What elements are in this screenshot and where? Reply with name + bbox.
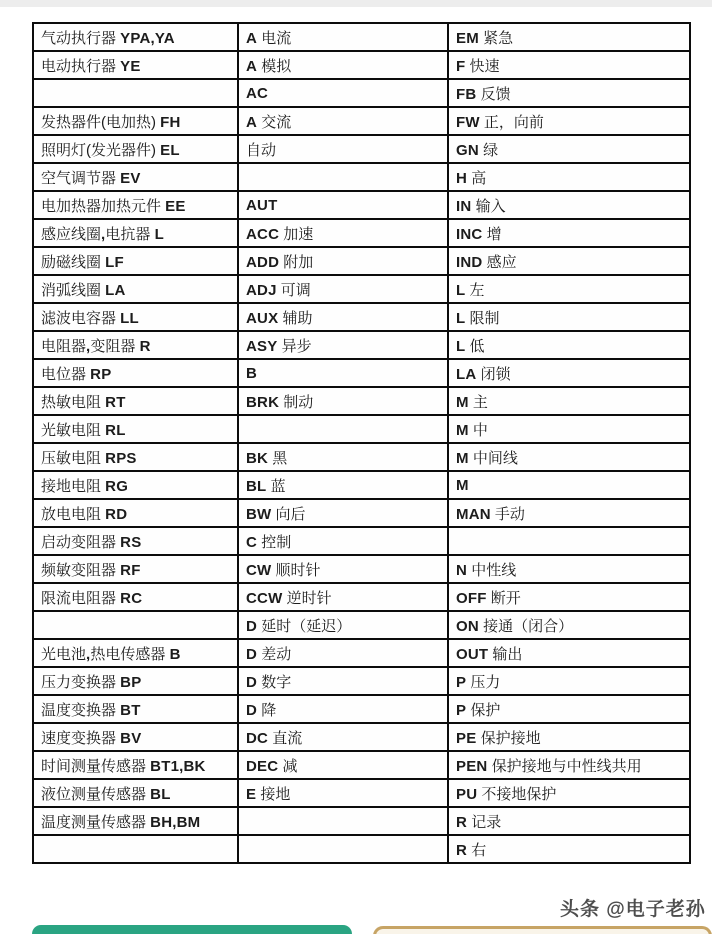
- abbrev-code: ADJ: [246, 282, 277, 299]
- table-cell: N 中性线: [448, 555, 690, 583]
- abbrev-code: BRK: [246, 394, 279, 411]
- abbrev-code: FH: [160, 114, 180, 131]
- table-cell: INC 增: [448, 219, 690, 247]
- abbrev-code: D: [246, 646, 257, 663]
- table-cell: 发热器件(电加热) FH: [33, 107, 238, 135]
- abbrev-code: CCW: [246, 590, 282, 607]
- abbrev-code: BT1,BK: [150, 758, 205, 775]
- abbrev-code: RL: [105, 422, 125, 439]
- table-row: 接地电阻 RGBL 蓝M: [33, 471, 690, 499]
- abbrev-code: BP: [120, 674, 141, 691]
- abbrev-code: YPA,YA: [120, 30, 175, 47]
- abbrev-code: BL: [150, 786, 170, 803]
- table-cell: BRK 制动: [238, 387, 448, 415]
- table-cell: [238, 415, 448, 443]
- abbrev-code: IN: [456, 198, 471, 215]
- table-cell: MAN 手动: [448, 499, 690, 527]
- abbrev-code: RS: [120, 534, 141, 551]
- table-row: 电位器 RPBLA 闭锁: [33, 359, 690, 387]
- table-cell: 启动变阻器 RS: [33, 527, 238, 555]
- abbrev-code: RF: [120, 562, 140, 579]
- table-row: 电阻器,变阻器 RASY 异步L 低: [33, 331, 690, 359]
- table-cell: 时间测量传感器 BT1,BK: [33, 751, 238, 779]
- abbrev-code: BK: [246, 450, 268, 467]
- table-cell: F 快速: [448, 51, 690, 79]
- table-cell: R 右: [448, 835, 690, 863]
- abbrev-code: PE: [456, 730, 476, 747]
- abbrev-code: P: [456, 702, 466, 719]
- table-cell: CCW 逆时针: [238, 583, 448, 611]
- abbrev-code: L: [456, 282, 465, 299]
- table-row: 滤波电容器 LLAUX 辅助L 限制: [33, 303, 690, 331]
- abbrev-code: EE: [165, 198, 185, 215]
- abbrev-code: OFF: [456, 590, 487, 607]
- abbrev-code: L: [456, 338, 465, 355]
- table-cell: 电加热器加热元件 EE: [33, 191, 238, 219]
- table-cell: M 主: [448, 387, 690, 415]
- abbrev-code: ,: [86, 338, 90, 355]
- table-cell: 压敏电阻 RPS: [33, 443, 238, 471]
- table-cell: FB 反馈: [448, 79, 690, 107]
- table-cell: [238, 807, 448, 835]
- abbrev-code: ASY: [246, 338, 277, 355]
- table-cell: PE 保护接地: [448, 723, 690, 751]
- abbrev-code: R: [140, 338, 151, 355]
- table-row: ACFB 反馈: [33, 79, 690, 107]
- abbrev-code: BH,BM: [150, 814, 200, 831]
- abbrev-code: H: [456, 170, 467, 187]
- table-cell: 温度变换器 BT: [33, 695, 238, 723]
- table-cell: ADJ 可调: [238, 275, 448, 303]
- page-top-strip: [0, 0, 712, 7]
- abbrev-code: LA: [456, 366, 476, 383]
- table-cell: CW 顺时针: [238, 555, 448, 583]
- table-cell: [33, 611, 238, 639]
- table-row: 电加热器加热元件 EEAUTIN 输入: [33, 191, 690, 219]
- abbrev-code: N: [456, 562, 467, 579]
- table-cell: BK 黑: [238, 443, 448, 471]
- abbrev-code: BT: [120, 702, 140, 719]
- table-cell: D 延时（延迟）: [238, 611, 448, 639]
- table-cell: [238, 163, 448, 191]
- bottom-card-teal[interactable]: [32, 925, 352, 934]
- table-row: 发热器件(电加热) FHA 交流FW 正，向前: [33, 107, 690, 135]
- table-cell: AUT: [238, 191, 448, 219]
- table-row: 电动执行器 YEA 模拟F 快速: [33, 51, 690, 79]
- table-row: 频敏变阻器 RFCW 顺时针N 中性线: [33, 555, 690, 583]
- abbrev-code: INC: [456, 226, 482, 243]
- abbrev-code: LF: [105, 254, 124, 271]
- abbrev-code: E: [246, 786, 256, 803]
- table-cell: R 记录: [448, 807, 690, 835]
- abbrev-code: GN: [456, 142, 479, 159]
- abbrev-code: R: [456, 814, 467, 831]
- abbrev-code: RP: [90, 366, 111, 383]
- table-cell: 接地电阻 RG: [33, 471, 238, 499]
- table-cell: 电阻器,变阻器 R: [33, 331, 238, 359]
- table-cell: L 低: [448, 331, 690, 359]
- table-row: 消弧线圈 LAADJ 可调L 左: [33, 275, 690, 303]
- table-row: 励磁线圈 LFADD 附加IND 感应: [33, 247, 690, 275]
- table-cell: 光敏电阻 RL: [33, 415, 238, 443]
- table-cell: D 数字: [238, 667, 448, 695]
- abbrev-code: AUX: [246, 310, 278, 327]
- table-cell: GN 绿: [448, 135, 690, 163]
- table-cell: 限流电阻器 RC: [33, 583, 238, 611]
- abbrev-code: MAN: [456, 506, 491, 523]
- table-cell: 感应线圈,电抗器 L: [33, 219, 238, 247]
- table-cell: LA 闭锁: [448, 359, 690, 387]
- table-row: 温度变换器 BTD 降P 保护: [33, 695, 690, 723]
- abbrev-code: DC: [246, 730, 268, 747]
- abbrev-code: ACC: [246, 226, 279, 243]
- table-cell: ADD 附加: [238, 247, 448, 275]
- abbreviation-table: 气动执行器 YPA,YAA 电流EM 紧急电动执行器 YEA 模拟F 快速ACF…: [32, 22, 691, 864]
- abbrev-code: P: [456, 674, 466, 691]
- table-cell: IN 输入: [448, 191, 690, 219]
- table-cell: M 中: [448, 415, 690, 443]
- abbrev-code: B: [170, 646, 181, 663]
- table-cell: 液位测量传感器 BL: [33, 779, 238, 807]
- table-cell: OFF 断开: [448, 583, 690, 611]
- abbrev-code: IND: [456, 254, 482, 271]
- abbrev-code: BV: [120, 730, 141, 747]
- abbrev-code: L: [155, 226, 164, 243]
- table-cell: M 中间线: [448, 443, 690, 471]
- table-cell: BL 蓝: [238, 471, 448, 499]
- abbrev-code: LL: [120, 310, 139, 327]
- table-row: 热敏电阻 RTBRK 制动M 主: [33, 387, 690, 415]
- table-cell: L 限制: [448, 303, 690, 331]
- table-cell: 热敏电阻 RT: [33, 387, 238, 415]
- table-row: R 右: [33, 835, 690, 863]
- abbrev-code: ,: [86, 646, 90, 663]
- table-row: 压敏电阻 RPSBK 黑M 中间线: [33, 443, 690, 471]
- abbrev-code: A: [246, 58, 257, 75]
- abbrev-code: C: [246, 534, 257, 551]
- table-cell: [448, 527, 690, 555]
- table-cell: ASY 异步: [238, 331, 448, 359]
- abbrev-code: FW: [456, 114, 480, 131]
- table-cell: 速度变换器 BV: [33, 723, 238, 751]
- table-cell: A 电流: [238, 23, 448, 51]
- table-row: 温度测量传感器 BH,BMR 记录: [33, 807, 690, 835]
- abbrev-code: PEN: [456, 758, 487, 775]
- abbreviation-table-container: 气动执行器 YPA,YAA 电流EM 紧急电动执行器 YEA 模拟F 快速ACF…: [32, 22, 691, 919]
- table-cell: ON 接通（闭合）: [448, 611, 690, 639]
- abbrev-code: L: [456, 310, 465, 327]
- table-row: 限流电阻器 RCCCW 逆时针OFF 断开: [33, 583, 690, 611]
- table-row: 光电池,热电传感器 BD 差动OUT 输出: [33, 639, 690, 667]
- table-cell: AUX 辅助: [238, 303, 448, 331]
- table-cell: DC 直流: [238, 723, 448, 751]
- table-cell: PEN 保护接地与中性线共用: [448, 751, 690, 779]
- table-row: 启动变阻器 RSC 控制: [33, 527, 690, 555]
- table-row: 放电电阻 RDBW 向后MAN 手动: [33, 499, 690, 527]
- abbrev-code: M: [456, 394, 469, 411]
- table-row: 感应线圈,电抗器 LACC 加速INC 增: [33, 219, 690, 247]
- abbrev-code: RPS: [105, 450, 136, 467]
- table-cell: DEC 减: [238, 751, 448, 779]
- table-row: 速度变换器 BVDC 直流PE 保护接地: [33, 723, 690, 751]
- abbrev-code: R: [456, 842, 467, 859]
- table-cell: OUT 输出: [448, 639, 690, 667]
- abbrev-code: ON: [456, 618, 479, 635]
- table-row: 液位测量传感器 BLE 接地PU 不接地保护: [33, 779, 690, 807]
- table-row: 空气调节器 EVH 高: [33, 163, 690, 191]
- table-cell: 压力变换器 BP: [33, 667, 238, 695]
- bottom-card-tan[interactable]: [373, 926, 712, 934]
- table-cell: 滤波电容器 LL: [33, 303, 238, 331]
- table-cell: C 控制: [238, 527, 448, 555]
- abbrev-code: F: [456, 58, 465, 75]
- abbrev-code: RG: [105, 478, 128, 495]
- table-cell: 空气调节器 EV: [33, 163, 238, 191]
- table-cell: D 降: [238, 695, 448, 723]
- abbrev-code: CW: [246, 562, 271, 579]
- table-row: 照明灯(发光器件) EL自动GN 绿: [33, 135, 690, 163]
- abbrev-code: RD: [105, 506, 127, 523]
- abbrev-code: A: [246, 114, 257, 131]
- table-row: 压力变换器 BPD 数字P 压力: [33, 667, 690, 695]
- table-cell: EM 紧急: [448, 23, 690, 51]
- table-cell: 温度测量传感器 BH,BM: [33, 807, 238, 835]
- abbrev-code: BL: [246, 478, 266, 495]
- table-cell: L 左: [448, 275, 690, 303]
- abbrev-code: PU: [456, 786, 477, 803]
- abbrev-code: RT: [105, 394, 125, 411]
- abbrev-code: ADD: [246, 254, 279, 271]
- abbrev-code: M: [456, 450, 469, 467]
- table-row: 气动执行器 YPA,YAA 电流EM 紧急: [33, 23, 690, 51]
- table-row: 光敏电阻 RLM 中: [33, 415, 690, 443]
- table-cell: 自动: [238, 135, 448, 163]
- abbrev-code: BW: [246, 506, 271, 523]
- table-cell: 消弧线圈 LA: [33, 275, 238, 303]
- table-cell: PU 不接地保护: [448, 779, 690, 807]
- table-cell: 电动执行器 YE: [33, 51, 238, 79]
- abbrev-code: OUT: [456, 646, 488, 663]
- table-cell: 励磁线圈 LF: [33, 247, 238, 275]
- abbrev-code: FB: [456, 86, 476, 103]
- abbrev-code: YE: [120, 58, 140, 75]
- abbrev-code: D: [246, 674, 257, 691]
- table-cell: P 保护: [448, 695, 690, 723]
- abbrev-code: A: [246, 30, 257, 47]
- abbrev-code: D: [246, 702, 257, 719]
- table-cell: [33, 835, 238, 863]
- abbrev-code: AC: [246, 85, 268, 102]
- abbrev-code: EL: [160, 142, 180, 159]
- table-cell: FW 正，向前: [448, 107, 690, 135]
- abbrev-code: B: [246, 365, 257, 382]
- table-cell: H 高: [448, 163, 690, 191]
- toutiao-watermark: 头条 @电子老孙: [560, 894, 712, 921]
- table-cell: 照明灯(发光器件) EL: [33, 135, 238, 163]
- table-cell: 光电池,热电传感器 B: [33, 639, 238, 667]
- table-cell: BW 向后: [238, 499, 448, 527]
- abbrev-code: AUT: [246, 197, 277, 214]
- abbrev-table-body: 气动执行器 YPA,YAA 电流EM 紧急电动执行器 YEA 模拟F 快速ACF…: [33, 23, 690, 863]
- abbrev-code: EV: [120, 170, 140, 187]
- table-cell: E 接地: [238, 779, 448, 807]
- abbrev-code: D: [246, 618, 257, 635]
- table-cell: 电位器 RP: [33, 359, 238, 387]
- table-cell: AC: [238, 79, 448, 107]
- table-cell: ACC 加速: [238, 219, 448, 247]
- table-cell: D 差动: [238, 639, 448, 667]
- abbrev-code: LA: [105, 282, 125, 299]
- table-cell: 放电电阻 RD: [33, 499, 238, 527]
- table-row: 时间测量传感器 BT1,BKDEC 减PEN 保护接地与中性线共用: [33, 751, 690, 779]
- table-cell: 频敏变阻器 RF: [33, 555, 238, 583]
- table-row: D 延时（延迟）ON 接通（闭合）: [33, 611, 690, 639]
- abbrev-code: M: [456, 477, 469, 494]
- table-cell: IND 感应: [448, 247, 690, 275]
- abbrev-code: M: [456, 422, 469, 439]
- table-cell: A 模拟: [238, 51, 448, 79]
- table-cell: M: [448, 471, 690, 499]
- table-cell: B: [238, 359, 448, 387]
- abbrev-code: DEC: [246, 758, 278, 775]
- abbrev-code: RC: [120, 590, 142, 607]
- table-cell: P 压力: [448, 667, 690, 695]
- table-cell: [238, 835, 448, 863]
- table-cell: [33, 79, 238, 107]
- abbrev-code: EM: [456, 30, 479, 47]
- table-cell: 气动执行器 YPA,YA: [33, 23, 238, 51]
- table-cell: A 交流: [238, 107, 448, 135]
- abbrev-code: ,: [101, 226, 105, 243]
